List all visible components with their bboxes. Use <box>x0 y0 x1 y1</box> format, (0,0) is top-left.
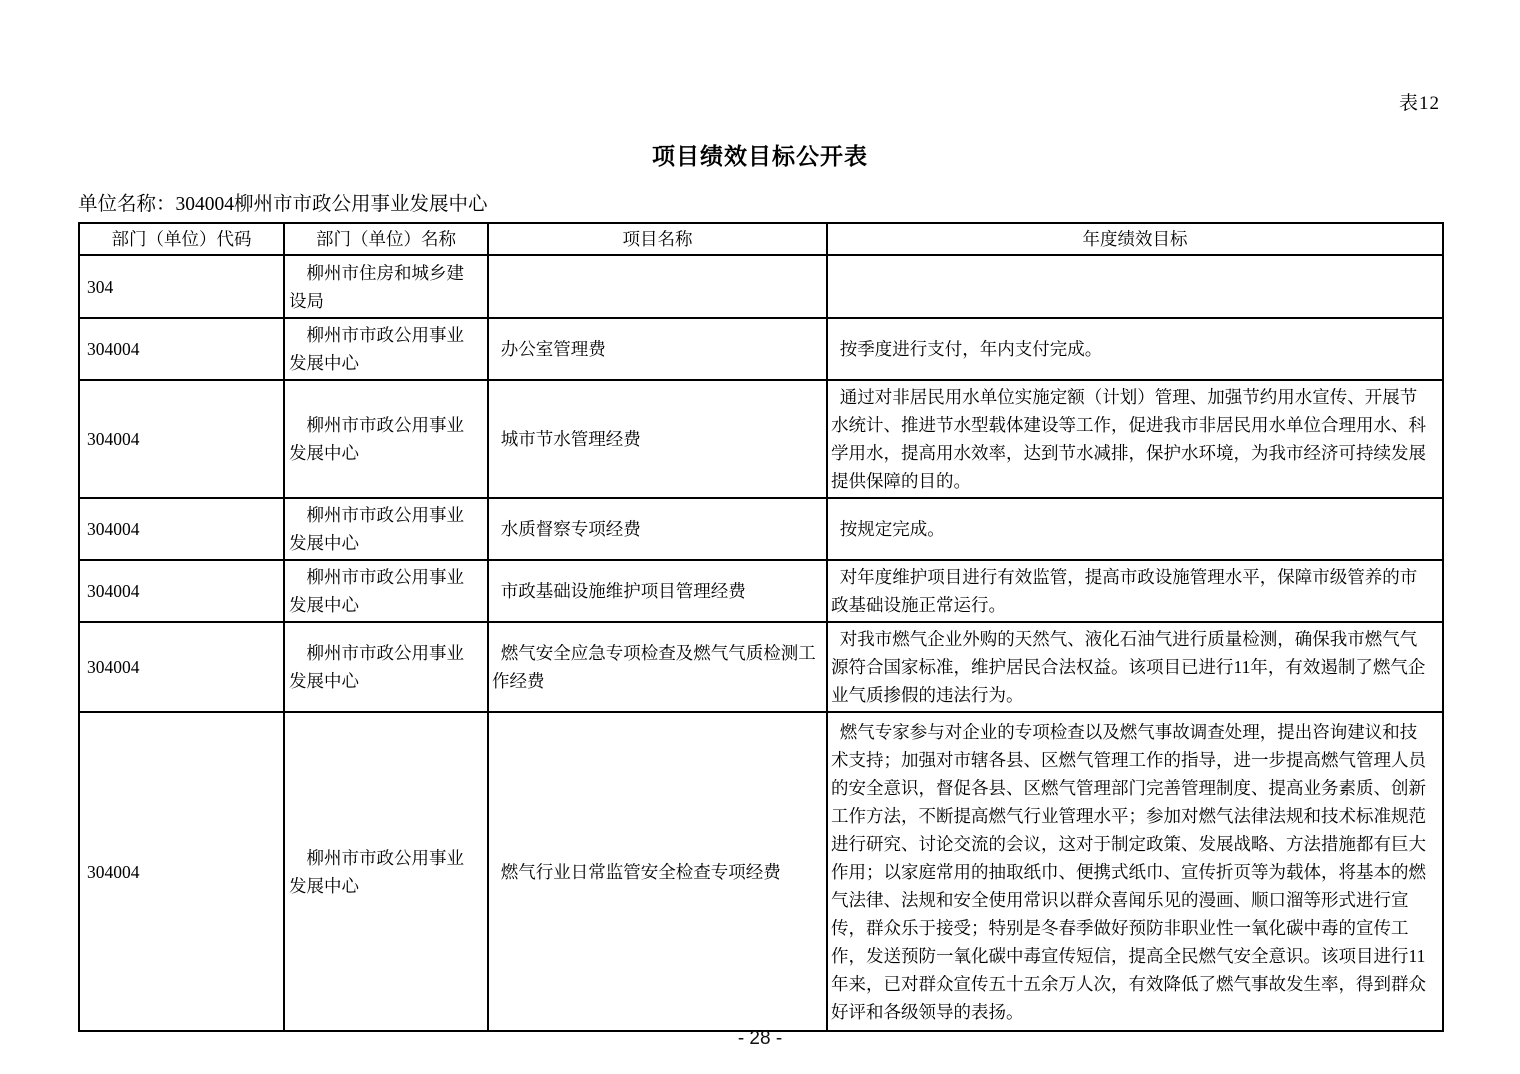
cell-department-code: 304004 <box>79 318 284 380</box>
cell-department-name: 柳州市市政公用事业发展中心 <box>284 498 488 560</box>
cell-annual-target: 对我市燃气企业外购的天然气、液化石油气进行质量检测，确保我市燃气气源符合国家标准… <box>827 622 1443 712</box>
table-number-label: 表12 <box>1399 88 1440 115</box>
performance-targets-table: 部门（单位）代码 部门（单位）名称 项目名称 年度绩效目标 304 柳州市住房和… <box>78 222 1444 1032</box>
table-row: 304004 柳州市市政公用事业发展中心 城市节水管理经费 通过对非居民用水单位… <box>79 380 1443 498</box>
cell-department-name: 柳州市市政公用事业发展中心 <box>284 622 488 712</box>
cell-annual-target: 按季度进行支付，年内支付完成。 <box>827 318 1443 380</box>
cell-department-code: 304 <box>79 255 284 318</box>
cell-department-code: 304004 <box>79 498 284 560</box>
column-header-project-name: 项目名称 <box>488 223 827 255</box>
table-row: 304004 柳州市市政公用事业发展中心 市政基础设施维护项目管理经费 对年度维… <box>79 560 1443 622</box>
column-header-annual-target: 年度绩效目标 <box>827 223 1443 255</box>
unit-name-line: 单位名称：304004柳州市市政公用事业发展中心 <box>78 188 488 216</box>
column-header-department-code: 部门（单位）代码 <box>79 223 284 255</box>
cell-project-name: 市政基础设施维护项目管理经费 <box>488 560 827 622</box>
cell-annual-target <box>827 255 1443 318</box>
cell-department-code: 304004 <box>79 622 284 712</box>
cell-department-name: 柳州市市政公用事业发展中心 <box>284 560 488 622</box>
cell-project-name: 城市节水管理经费 <box>488 380 827 498</box>
table-header-row: 部门（单位）代码 部门（单位）名称 项目名称 年度绩效目标 <box>79 223 1443 255</box>
cell-project-name <box>488 255 827 318</box>
cell-department-name: 柳州市市政公用事业发展中心 <box>284 380 488 498</box>
page-number: - 28 - <box>0 1028 1520 1050</box>
document-page: 表12 项目绩效目标公开表 单位名称：304004柳州市市政公用事业发展中心 部… <box>0 0 1520 1074</box>
table-row: 304004 柳州市市政公用事业发展中心 燃气安全应急专项检查及燃气气质检测工作… <box>79 622 1443 712</box>
cell-project-name: 燃气行业日常监管安全检查专项经费 <box>488 712 827 1031</box>
cell-department-name: 柳州市市政公用事业发展中心 <box>284 318 488 380</box>
cell-annual-target: 按规定完成。 <box>827 498 1443 560</box>
cell-annual-target: 燃气专家参与对企业的专项检查以及燃气事故调查处理，提出咨询建议和技术支持；加强对… <box>827 712 1443 1031</box>
cell-annual-target: 通过对非居民用水单位实施定额（计划）管理、加强节约用水宣传、开展节水统计、推进节… <box>827 380 1443 498</box>
cell-department-name: 柳州市市政公用事业发展中心 <box>284 712 488 1031</box>
cell-project-name: 燃气安全应急专项检查及燃气气质检测工作经费 <box>488 622 827 712</box>
table-row: 304004 柳州市市政公用事业发展中心 办公室管理费 按季度进行支付，年内支付… <box>79 318 1443 380</box>
cell-department-code: 304004 <box>79 712 284 1031</box>
cell-project-name: 水质督察专项经费 <box>488 498 827 560</box>
table-row: 304004 柳州市市政公用事业发展中心 燃气行业日常监管安全检查专项经费 燃气… <box>79 712 1443 1031</box>
cell-department-code: 304004 <box>79 560 284 622</box>
page-title: 项目绩效目标公开表 <box>0 138 1520 171</box>
cell-department-name: 柳州市住房和城乡建设局 <box>284 255 488 318</box>
table-row: 304 柳州市住房和城乡建设局 <box>79 255 1443 318</box>
table-row: 304004 柳州市市政公用事业发展中心 水质督察专项经费 按规定完成。 <box>79 498 1443 560</box>
cell-project-name: 办公室管理费 <box>488 318 827 380</box>
cell-department-code: 304004 <box>79 380 284 498</box>
column-header-department-name: 部门（单位）名称 <box>284 223 488 255</box>
cell-annual-target: 对年度维护项目进行有效监管，提高市政设施管理水平，保障市级管养的市政基础设施正常… <box>827 560 1443 622</box>
